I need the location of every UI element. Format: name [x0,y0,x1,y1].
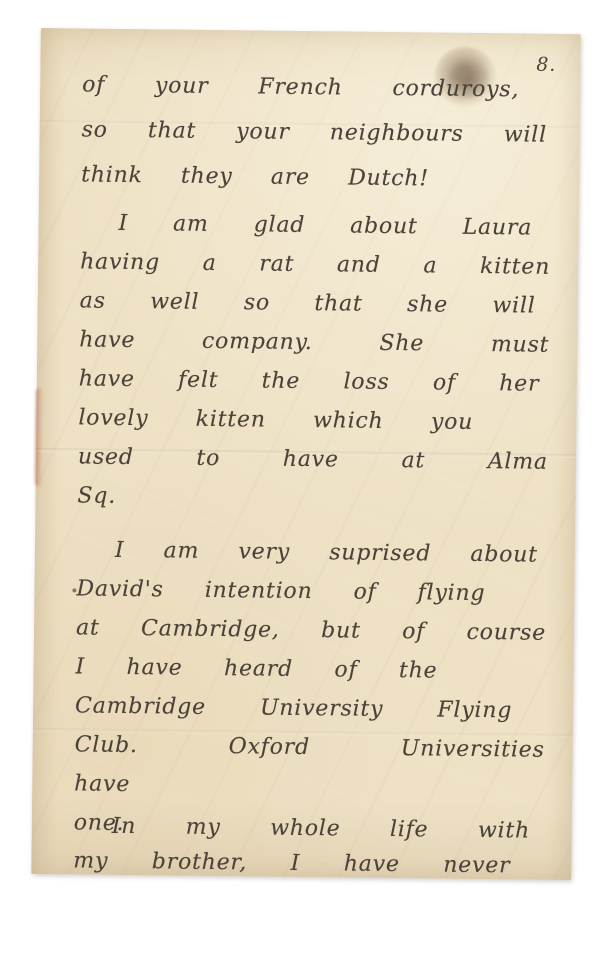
handwriting-line: have one. [74,764,187,804]
scan-background: 8. of your French corduroys,so that your… [0,0,600,960]
handwriting-line: Club. Oxford Universities [74,725,544,769]
letter-page: 8. of your French corduroys,so that your… [31,28,581,880]
edge-stain [35,388,44,486]
letter-text: of your French corduroys,so that your ne… [73,62,552,883]
handwriting-line: have company. She must [79,320,549,364]
handwriting-line: I have heard of the [75,647,437,690]
handwriting-line: have felt the loss of her [79,359,540,403]
handwriting-line: used to have at Alma [78,437,548,481]
handwriting-line: lovely kitten which you [78,398,473,441]
handwriting-line: I am glad about Laura [118,204,532,248]
handwriting-line: as well so that she will [80,281,536,325]
handwriting-line: of your French corduroys, [82,62,520,112]
handwriting-line: Sq. [77,476,171,516]
handwriting-line: David's intention of flying [76,569,485,613]
handwriting-line: at Cambridge, but of course [76,608,546,652]
handwriting-line: In my whole life with [112,809,531,849]
handwriting-line: my brother, I have never [73,843,510,883]
handwriting-line: Cambridge University Flying [75,686,513,730]
paragraph: of your French corduroys,so that your ne… [81,62,553,202]
handwriting-line: I am very suprised about [115,531,538,575]
handwriting-line: so that your neighbours will [81,107,547,157]
handwriting-line: having a rat and a kitten [80,242,550,286]
paragraph: I am very suprised aboutDavid's intentio… [74,530,547,808]
paragraph: I am glad about Laurahaving a rat and a … [77,203,551,520]
paragraph: In my whole life withmy brother, I have … [73,808,544,883]
handwriting-line: think they are Dutch! [81,152,429,201]
